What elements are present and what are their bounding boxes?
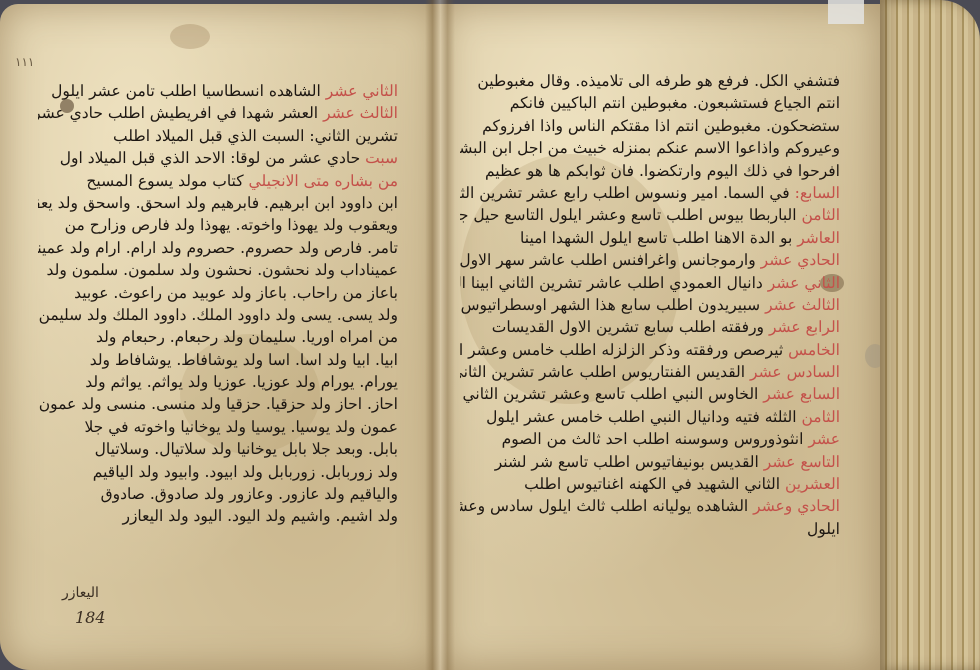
line-text: ستضحكون. مغبوطين انتم اذا مقتكم الناس وا… — [482, 117, 840, 135]
line-text: بابل. وبعد جلا بابل يوخانيا ولد سلاتيال.… — [95, 440, 398, 458]
text-line: الثالث عشر العشر شهدا في افريطيش اطلب حا… — [38, 102, 398, 124]
line-text: فتشفي الكل. فرفع هو طرفه الى تلاميذه. وق… — [477, 72, 840, 90]
line-text: ورفقته اطلب سابع تشرين الاول القديسات — [492, 318, 764, 336]
rubric: الثالث عشر — [323, 104, 398, 122]
line-text: عميناداب ولد نحشون. نحشون ولد سلمون. سلم… — [47, 261, 398, 279]
rubric: الحادي وعشر — [753, 497, 840, 515]
line-text: الشاهده يوليانه اطلب ثالث ايلول سادس وعش… — [460, 497, 748, 515]
rubric: العشرين — [785, 475, 840, 493]
line-text: الخاوس النبي اطلب تاسع وعشر تشرين الثاني — [462, 385, 758, 403]
rubric: سبت — [365, 149, 398, 167]
text-line: السادس عشر القديس الفنتاريوس اطلب عاشر ت… — [460, 361, 840, 383]
line-text: الثاني الشهيد في الكهنه اغناتيوس اطلب — [524, 475, 780, 493]
rubric: الخامس — [788, 341, 840, 359]
text-line: العشرين الثاني الشهيد في الكهنه اغناتيوس… — [460, 473, 840, 495]
line-text: والياقيم ولد عازور. وعازور ولد صادوق. صا… — [101, 485, 398, 503]
line-text: الثلثه فتيه ودانيال النبي اطلب خامس عشر … — [486, 408, 796, 426]
text-line: انتم الجياع فستشبعون. مغبوطين انتم الباك… — [460, 92, 840, 114]
line-text: احاز. احاز ولد حزقيا. حزقيا ولد منسى. من… — [39, 395, 398, 413]
line-text: ايلول — [807, 520, 840, 538]
text-line: ولد زوربابل. زوربابل ولد ابيود. وابيود و… — [38, 461, 398, 483]
rubric: السادس عشر — [750, 363, 840, 381]
right-page-text: فتشفي الكل. فرفع هو طرفه الى تلاميذه. وق… — [460, 70, 840, 540]
line-text: في السما. امير ونسوس اطلب رابع عشر تشرين… — [460, 184, 790, 202]
line-text: ولد يسى. يسى ولد داوود الملك. داوود المل… — [39, 306, 398, 324]
line-text: وعيروكم واذاعوا الاسم عنكم بمنزله خبيث م… — [460, 139, 840, 157]
text-line: السابع: في السما. امير ونسوس اطلب رابع ع… — [460, 182, 840, 204]
text-line: عشر انثوذوروس وسوسنه اطلب احد ثالث من ال… — [460, 428, 840, 450]
text-line: بابل. وبعد جلا بابل يوخانيا ولد سلاتيال.… — [38, 438, 398, 460]
rubric: الثاني عشر — [768, 274, 840, 292]
line-text: الباربطا بيوس اطلب تاسع وعشر ايلول التاس… — [460, 206, 797, 224]
line-text: سبيريدون اطلب سابع هذا الشهر اوسطراتيوس — [461, 296, 761, 314]
text-line: وعيروكم واذاعوا الاسم عنكم بمنزله خبيث م… — [460, 137, 840, 159]
text-line: السابع عشر الخاوس النبي اطلب تاسع وعشر ت… — [460, 383, 840, 405]
line-text: من امراه اوريا. سليمان ولد رحبعام. رحبعا… — [96, 328, 398, 346]
folio-number: 184 — [75, 608, 106, 627]
line-text: انتم الجياع فستشبعون. مغبوطين انتم الباك… — [510, 94, 840, 112]
line-text: القديس الفنتاريوس اطلب عاشر تشرين الثاني — [460, 363, 745, 381]
line-text: دانيال العمودي اطلب عاشر تشرين الثاني اب… — [460, 274, 763, 292]
text-line: الثاني عشر دانيال العمودي اطلب عاشر تشري… — [460, 272, 840, 294]
text-line: العاشر بو الدة الاهنا اطلب تاسع ايلول ال… — [460, 227, 840, 249]
text-line: عميناداب ولد نحشون. نحشون ولد سلمون. سلم… — [38, 259, 398, 281]
paper-tab-marker — [828, 0, 864, 24]
line-text: ابيا. ابيا ولد اسا. اسا ولد يوشافاط. يوش… — [90, 351, 398, 369]
text-line: ابن داوود ابن ابرهيم. فابرهيم ولد اسحق. … — [38, 192, 398, 214]
line-text: كتاب مولد يسوع المسيح — [86, 172, 243, 190]
line-text: ثيرصص ورفقته وذكر الزلزله اطلب خامس وعشر… — [460, 341, 783, 359]
text-line: الثالث عشر سبيريدون اطلب سابع هذا الشهر … — [460, 294, 840, 316]
text-line: الخامس ثيرصص ورفقته وذكر الزلزله اطلب خا… — [460, 339, 840, 361]
text-line: تشرين الثاني: السبت الذي قبل الميلاد اطل… — [38, 125, 398, 147]
text-line: فتشفي الكل. فرفع هو طرفه الى تلاميذه. وق… — [460, 70, 840, 92]
text-line: عمون ولد يوسيا. يوسيا ولد يوخانيا واخوته… — [38, 416, 398, 438]
line-text: انثوذوروس وسوسنه اطلب احد ثالث من الصوم — [502, 430, 804, 448]
rubric: من بشاره متى الانجيلي — [249, 172, 398, 190]
rubric: العاشر — [797, 229, 840, 247]
text-line: الرابع عشر ورفقته اطلب سابع تشرين الاول … — [460, 316, 840, 338]
line-text: ولد اشيم. واشيم ولد اليود. اليود ولد الي… — [122, 507, 398, 525]
text-line: ولد يسى. يسى ولد داوود الملك. داوود المل… — [38, 304, 398, 326]
line-text: بو الدة الاهنا اطلب تاسع ايلول الشهدا ام… — [520, 229, 792, 247]
text-line: الحادي عشر وارموجانس واغرافنس اطلب عاشر … — [460, 249, 840, 271]
rubric: الثاني عشر — [326, 82, 398, 100]
rubric: الحادي عشر — [761, 251, 840, 269]
text-line: احاز. احاز ولد حزقيا. حزقيا ولد منسى. من… — [38, 393, 398, 415]
line-text: ابن داوود ابن ابرهيم. فابرهيم ولد اسحق. … — [38, 194, 398, 212]
text-line: سبت حادي عشر من لوقا: الاحد الذي قبل الم… — [38, 147, 398, 169]
line-text: افرحوا في ذلك اليوم وارتكضوا. فان ثوابكم… — [485, 162, 840, 180]
line-text: ويعقوب ولد يهوذا واخوته. يهوذا ولد فارص … — [65, 216, 398, 234]
line-text: عمون ولد يوسيا. يوسيا ولد يوخانيا واخوته… — [84, 418, 398, 436]
text-line-fragment: ايلول — [460, 518, 840, 540]
catchword: اليعازر — [62, 585, 99, 601]
text-line: افرحوا في ذلك اليوم وارتكضوا. فان ثوابكم… — [460, 160, 840, 182]
rubric: الثالث عشر — [765, 296, 840, 314]
line-text: وارموجانس واغرافنس اطلب عاشر سهر الاول — [460, 251, 756, 269]
text-line: ستضحكون. مغبوطين انتم اذا مقتكم الناس وا… — [460, 115, 840, 137]
line-text: باعاز من راحاب. باعاز ولد عوبيد من راعوث… — [74, 284, 398, 302]
text-line: التاسع عشر القديس بونيفاتيوس اطلب تاسع ش… — [460, 451, 840, 473]
rubric: الثامن — [801, 408, 840, 426]
rubric: الرابع عشر — [769, 318, 840, 336]
text-line: تامر. فارص ولد حصروم. حصروم ولد ارام. ار… — [38, 237, 398, 259]
book-gutter — [425, 0, 455, 670]
rubric: الثامن — [801, 206, 840, 224]
text-line: من امراه اوريا. سليمان ولد رحبعام. رحبعا… — [38, 326, 398, 348]
text-line: باعاز من راحاب. باعاز ولد عوبيد من راعوث… — [38, 282, 398, 304]
line-text: يورام. يورام ولد عوزيا. عوزيا ولد يواثم.… — [85, 373, 398, 391]
text-line: ابيا. ابيا ولد اسا. اسا ولد يوشافاط. يوش… — [38, 349, 398, 371]
line-text: تامر. فارص ولد حصروم. حصروم ولد ارام. ار… — [38, 239, 398, 257]
text-line: الثاني عشر الشاهده انسطاسيا اطلب تامن عش… — [38, 80, 398, 102]
corner-note: ١١١ — [15, 55, 34, 69]
rubric: السابع عشر — [763, 385, 840, 403]
ink-stain — [170, 24, 210, 49]
rubric: السابع: — [795, 184, 840, 202]
text-line: ولد اشيم. واشيم ولد اليود. اليود ولد الي… — [38, 505, 398, 527]
line-text: ولد زوربابل. زوربابل ولد ابيود. وابيود و… — [93, 463, 398, 481]
text-line: يورام. يورام ولد عوزيا. عوزيا ولد يواثم.… — [38, 371, 398, 393]
line-text: تشرين الثاني: السبت الذي قبل الميلاد اطل… — [113, 127, 398, 145]
line-text: القديس بونيفاتيوس اطلب تاسع شر لشنر — [495, 453, 759, 471]
left-page-text: الثاني عشر الشاهده انسطاسيا اطلب تامن عش… — [38, 80, 398, 528]
rubric: التاسع عشر — [764, 453, 840, 471]
text-line: من بشاره متى الانجيلي كتاب مولد يسوع الم… — [38, 170, 398, 192]
text-line: الثامن الباربطا بيوس اطلب تاسع وعشر ايلو… — [460, 204, 840, 226]
text-line: والياقيم ولد عازور. وعازور ولد صادوق. صا… — [38, 483, 398, 505]
line-text: العشر شهدا في افريطيش اطلب حادي عشر — [38, 104, 318, 122]
line-text: حادي عشر من لوقا: الاحد الذي قبل الميلاد… — [60, 149, 360, 167]
manuscript-spread: ١١١ الثاني عشر الشاهده انسطاسيا اطلب تام… — [0, 0, 980, 670]
page-edges — [880, 0, 980, 670]
text-line: الثامن الثلثه فتيه ودانيال النبي اطلب خا… — [460, 406, 840, 428]
line-text: الشاهده انسطاسيا اطلب تامن عشر ايلول — [51, 82, 321, 100]
text-line: الحادي وعشر الشاهده يوليانه اطلب ثالث اي… — [460, 495, 840, 517]
text-line: ويعقوب ولد يهوذا واخوته. يهوذا ولد فارص … — [38, 214, 398, 236]
rubric: عشر — [808, 430, 840, 448]
